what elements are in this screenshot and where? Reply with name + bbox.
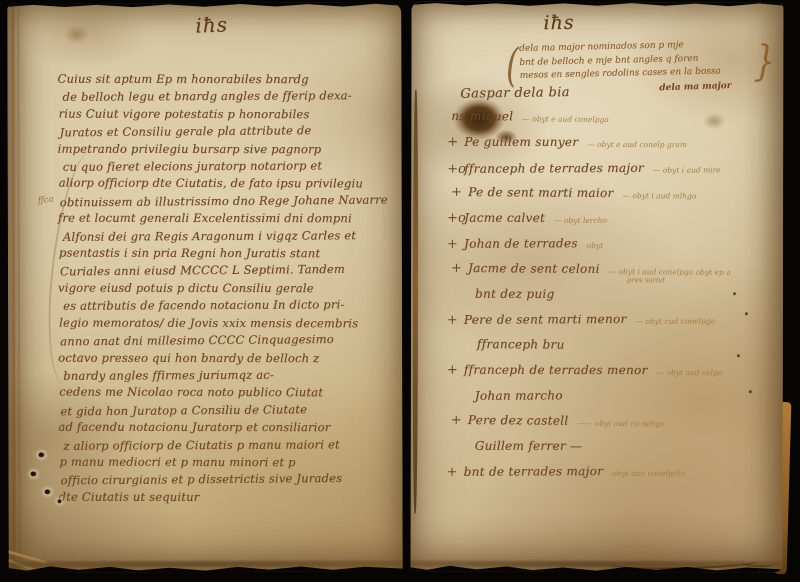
list-item: + Pe de sent marti maior — obyt i aud ml…	[451, 185, 773, 213]
cross-marker: +	[451, 412, 468, 427]
cross-marker: +o	[447, 161, 464, 176]
manuscript-line: obtinuissem ab illustrissimo dno Rege Jo…	[60, 191, 380, 211]
ink-stain	[59, 21, 93, 47]
ink-speck	[745, 312, 748, 315]
binding-edge-line-2	[17, 3, 20, 572]
christogram-ihs: iħs	[195, 12, 228, 37]
christogram-ihs: iħs	[543, 12, 574, 34]
cross-marker: +	[447, 363, 464, 378]
entry-name: ffranceph de terrades menor	[464, 363, 648, 377]
manuscript-scan: { "colors": { "background": "#070503", "…	[0, 0, 800, 582]
entry-obit-note: —— obyt aud co nehgo	[577, 413, 664, 428]
entry-name: Pere dez castell	[468, 413, 569, 428]
list-item: ns miquel — obyt e aud conelpga	[451, 109, 773, 137]
manuscript-line: fre et locumt generali Excelentissimi dn…	[58, 210, 380, 228]
manuscript-line: aliorp officiorp dte Ciutatis, de fato i…	[59, 175, 380, 193]
list-item: + ffranceph de terrades menor — obyt aud…	[447, 363, 773, 389]
entry-obit-note: — obyt lercho	[554, 211, 607, 225]
ink-speck	[737, 354, 740, 357]
manuscript-line: cedens me Nicolao roca noto publico Ciut…	[59, 384, 380, 402]
manuscript-line: legio memoratos/ die Jovis xxix mensis d…	[59, 314, 380, 332]
entry-name: Jacme de sent celoni	[468, 261, 600, 276]
closing-brace: }	[753, 36, 776, 86]
worm-hole	[45, 489, 51, 494]
entry-name: bnt dez puig	[475, 287, 555, 301]
torn-top-edge	[7, 2, 402, 10]
list-item: + Johan de terrades obyt	[447, 236, 773, 263]
manuscript-line: ad facendu notacionu Juratorp et consili…	[58, 419, 380, 437]
list-item: + Pere de sent marti menor — obyt cud co…	[447, 312, 773, 339]
entry-name: Pe guillem sunyer	[464, 135, 578, 149]
entry-obit-note: — obyt i aud conelpga obyt ep a	[609, 262, 731, 277]
list-item: + Jacme de sent celoni — obyt i aud cone…	[451, 261, 773, 289]
entry-obit-note: — obyt e aud conelpga	[522, 109, 609, 124]
entry-name: Johan marcho	[475, 389, 563, 403]
cross-marker: +	[447, 465, 464, 480]
spine-shadow-strip	[413, 90, 419, 514]
manuscript-line: z aliorp officiorp de Ciutatis p manu ma…	[63, 436, 380, 455]
bottom-edge-shadow	[411, 561, 783, 568]
entry-name: Guillem ferrer —	[475, 439, 583, 453]
worm-hole	[30, 471, 36, 476]
entry-name: Pe de sent marti maior	[468, 185, 613, 200]
header-annotation: dela ma major nominados son p mje bnt de…	[519, 37, 770, 83]
cross-marker: +	[451, 261, 468, 276]
entry-name: bnt de terrades major	[464, 464, 604, 479]
hand-category-note: dela ma major	[659, 81, 732, 93]
manuscript-line: Alfonsi dei gra Regis Aragonum i vigqz C…	[63, 227, 380, 246]
list-item: +o ffranceph de terrades major — obyt i …	[447, 160, 773, 187]
worm-hole	[58, 499, 62, 503]
list-item: + Pere dez castell —— obyt aud co nehgo	[451, 412, 773, 440]
list-item: + Pe guillem sunyer — obyt e aud conelp …	[447, 135, 773, 161]
entry-obit-note: — obyt cud conelpga	[636, 312, 716, 326]
manuscript-line: bnardy angles ffirmes juriumqz ac-	[63, 366, 380, 385]
bottom-edge-shadow	[9, 560, 403, 567]
name-list: ns miquel — obyt e aud conelpga + Pe gui…	[447, 110, 774, 490]
entry-name: Pere de sent marti menor	[464, 312, 627, 327]
manuscript-line: officio cirurgianis et p dissetrictis si…	[60, 470, 380, 490]
entry-name: Jacme calvet	[464, 211, 545, 225]
list-item: Guillem ferrer —	[475, 439, 773, 465]
manuscript-line: de belloch legu et bnardg angles de ffer…	[62, 88, 379, 107]
entry-name: Johan de terrades	[464, 237, 578, 252]
opening-brace: (	[506, 38, 519, 92]
entry-obit-note: obyt ann conelycho	[612, 464, 686, 478]
binding-edge-line	[11, 5, 15, 568]
entry-name: ns miquel	[451, 109, 513, 123]
cross-marker: +	[447, 313, 464, 328]
manuscript-line: cu quo fieret elecions juratorp notarior…	[63, 157, 380, 176]
cross-marker: +o	[447, 211, 464, 226]
manuscript-line: impetrando privilegiu bursarp sive pagno…	[58, 140, 380, 158]
manuscript-line: Cuius sit aptum Ep m honorabiles bnardg	[57, 71, 379, 89]
margin-note: ffca	[37, 194, 54, 206]
worm-hole	[38, 452, 44, 457]
entry-name: ffranceph bru	[477, 337, 565, 352]
cross-marker: +	[451, 185, 468, 200]
manuscript-line: vigore eiusd potuis p dictu Consiliu ger…	[58, 280, 380, 298]
manuscript-line: rius Cuiut vigore potestatis p honorabil…	[59, 105, 380, 123]
entry-obit-note: — obyt i aud mire	[653, 160, 721, 174]
entry-obit-note: obyt	[587, 237, 604, 251]
ink-speck	[733, 292, 736, 295]
entry-name: ffranceph de terrades major	[464, 160, 644, 175]
manuscript-line: es attributis de facendo notacionu In di…	[63, 296, 380, 315]
list-item: +o Jacme calvet — obyt lercho	[447, 211, 773, 237]
manuscript-line: anno anat dni millesimo CCCC Cinquagesim…	[60, 331, 380, 351]
list-item: ffranceph bru	[477, 337, 773, 364]
manuscript-line: octavo presseo qui hon bnardy de belloch…	[58, 349, 380, 367]
ink-speck	[749, 390, 752, 393]
manuscript-right-page: iħs ( dela ma major nominados son p mje …	[411, 2, 784, 573]
list-item: + bnt de terrades major obyt ann conelyc…	[447, 463, 773, 490]
torn-top-edge	[411, 2, 784, 10]
entry-obit-note-2: pres sorivt	[627, 276, 665, 284]
manuscript-text-block: Cuius sit aptum Ep m honorabiles bnardg …	[57, 71, 380, 507]
manuscript-left-page: iħs ffca Cuius sit aptum Ep m honorabile…	[7, 2, 402, 572]
manuscript-line: dte Ciutatis ut sequitur	[59, 488, 381, 506]
cross-marker: +	[447, 237, 464, 252]
list-item: Johan marcho	[475, 388, 773, 415]
manuscript-line: Curiales anni eiusd MCCCC L Septimi. Tan…	[60, 261, 380, 281]
entry-obit-note: — obyt aud celpo	[657, 363, 723, 377]
list-item: bnt dez puig	[475, 287, 773, 313]
entry-obit-note: — obyt e aud conelp gram	[587, 135, 687, 149]
manuscript-line: Juratos et Consiliu gerale pla attribute…	[60, 122, 380, 142]
entry-obit-note: — obyt i aud mlhgo	[623, 186, 697, 201]
manuscript-line: et gida hon Juratop a Consiliu de Ciutat…	[60, 400, 380, 420]
cross-marker: +	[447, 135, 464, 150]
